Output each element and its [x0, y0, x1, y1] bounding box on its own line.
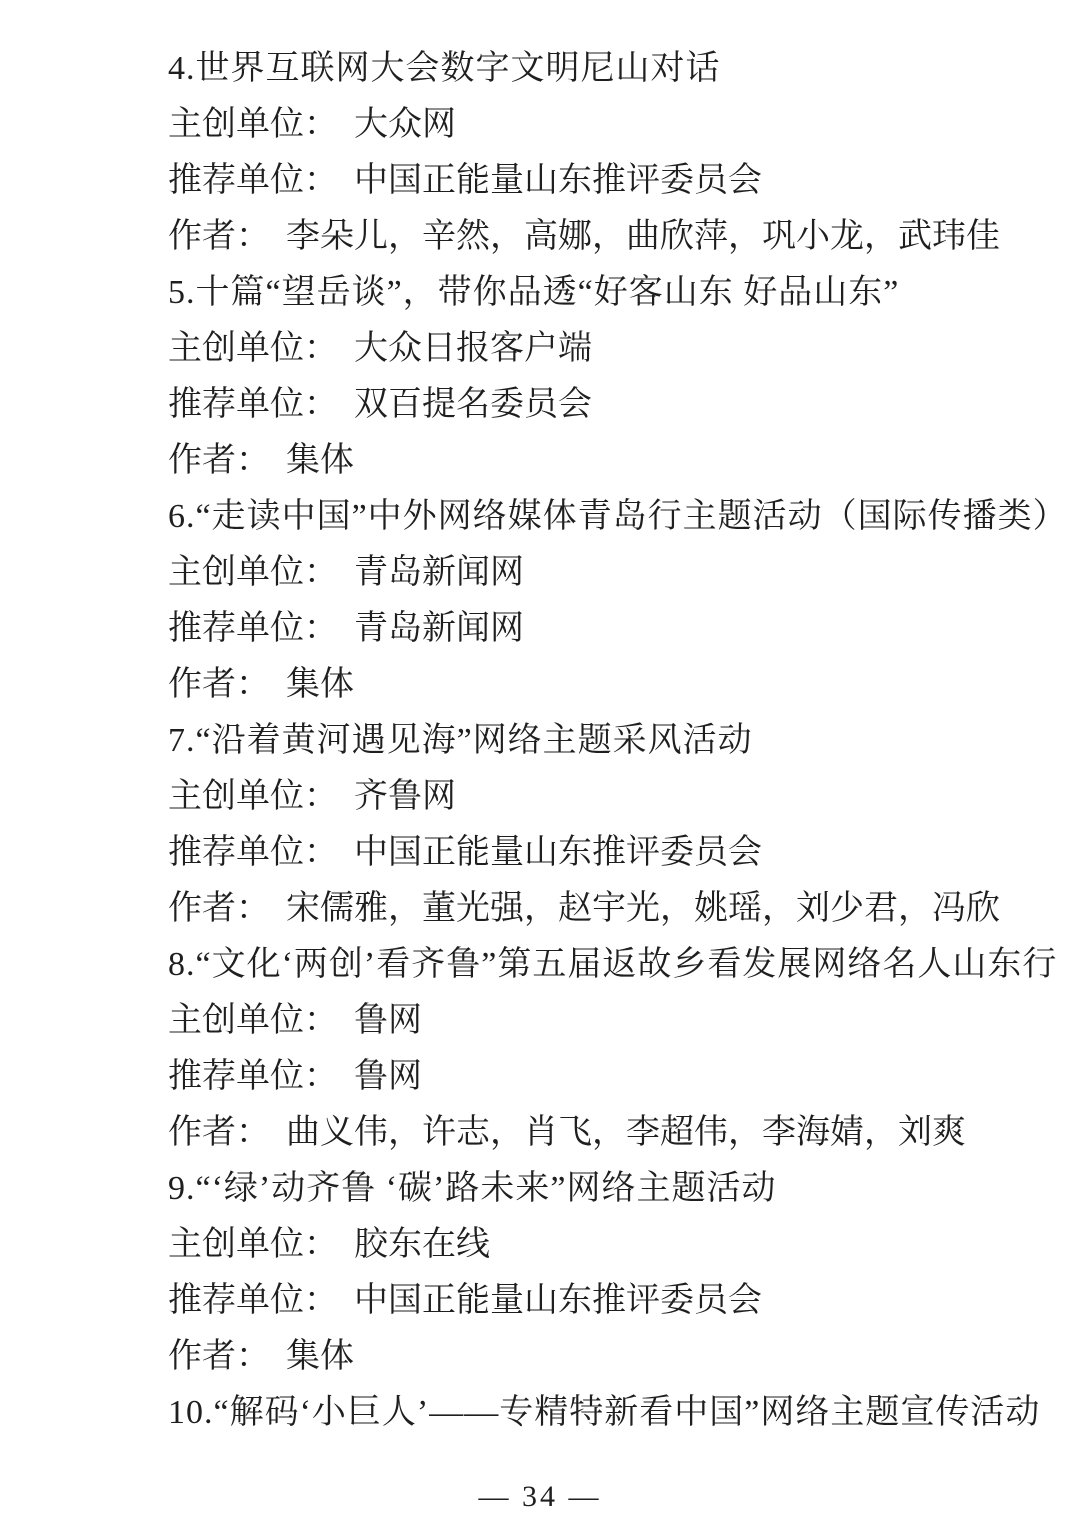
- entry-title: 6.“走读中国”中外网络媒体青岛行主题活动（国际传播类）: [168, 489, 1008, 545]
- field-value: 鲁网: [354, 1002, 422, 1039]
- entry-field: 作者：曲义伟，许志，肖飞，李超伟，李海婧，刘爽: [168, 1105, 1008, 1161]
- field-value: 胶东在线: [354, 1226, 490, 1263]
- field-label: 作者：: [168, 218, 270, 255]
- entry-field: 作者：集体: [168, 1329, 1008, 1385]
- entry-field: 作者：集体: [168, 433, 1008, 489]
- field-label: 主创单位：: [168, 330, 338, 367]
- document-body: 4.世界互联网大会数字文明尼山对话 主创单位：大众网 推荐单位：中国正能量山东推…: [168, 41, 1008, 1441]
- field-label: 作者：: [168, 890, 270, 927]
- field-label: 推荐单位：: [168, 610, 338, 647]
- field-value: 宋儒雅，董光强，赵宇光，姚瑶，刘少君，冯欣: [286, 890, 1000, 927]
- field-value: 齐鲁网: [354, 778, 456, 815]
- entry-title: 5.十篇“望岳谈”，带你品透“好客山东 好品山东”: [168, 265, 1008, 321]
- field-label: 推荐单位：: [168, 386, 338, 423]
- entry-10: 10.“解码‘小巨人’——专精特新看中国”网络主题宣传活动: [168, 1385, 1008, 1441]
- field-label: 作者：: [168, 442, 270, 479]
- entry-7: 7.“沿着黄河遇见海”网络主题采风活动 主创单位：齐鲁网 推荐单位：中国正能量山…: [168, 713, 1008, 937]
- field-label: 作者：: [168, 1338, 270, 1375]
- field-label: 推荐单位：: [168, 162, 338, 199]
- field-value: 青岛新闻网: [354, 610, 524, 647]
- field-label: 推荐单位：: [168, 1058, 338, 1095]
- entry-8: 8.“文化‘两创’看齐鲁”第五届返故乡看发展网络名人山东行 主创单位：鲁网 推荐…: [168, 937, 1008, 1161]
- field-value: 中国正能量山东推评委员会: [354, 834, 762, 871]
- field-label: 推荐单位：: [168, 1282, 338, 1319]
- entry-title: 8.“文化‘两创’看齐鲁”第五届返故乡看发展网络名人山东行: [168, 937, 1008, 993]
- entry-field: 作者：李朵儿，辛然，高娜，曲欣萍，巩小龙，武玮佳: [168, 209, 1008, 265]
- entry-field: 主创单位：青岛新闻网: [168, 545, 1008, 601]
- entry-field: 推荐单位：鲁网: [168, 1049, 1008, 1105]
- entry-field: 推荐单位：双百提名委员会: [168, 377, 1008, 433]
- entry-5: 5.十篇“望岳谈”，带你品透“好客山东 好品山东” 主创单位：大众日报客户端 推…: [168, 265, 1008, 489]
- field-label: 推荐单位：: [168, 834, 338, 871]
- entry-field: 主创单位：大众日报客户端: [168, 321, 1008, 377]
- field-value: 双百提名委员会: [354, 386, 592, 423]
- entry-field: 推荐单位：中国正能量山东推评委员会: [168, 153, 1008, 209]
- entry-title: 4.世界互联网大会数字文明尼山对话: [168, 41, 1008, 97]
- entry-title: 9.“‘绿’动齐鲁 ‘碳’路未来”网络主题活动: [168, 1161, 1008, 1217]
- field-value: 集体: [286, 666, 354, 703]
- field-value: 中国正能量山东推评委员会: [354, 162, 762, 199]
- field-value: 大众日报客户端: [354, 330, 592, 367]
- field-label: 主创单位：: [168, 778, 338, 815]
- entry-9: 9.“‘绿’动齐鲁 ‘碳’路未来”网络主题活动 主创单位：胶东在线 推荐单位：中…: [168, 1161, 1008, 1385]
- field-value: 曲义伟，许志，肖飞，李超伟，李海婧，刘爽: [286, 1114, 966, 1151]
- field-label: 作者：: [168, 1114, 270, 1151]
- entry-field: 推荐单位：中国正能量山东推评委员会: [168, 1273, 1008, 1329]
- field-label: 作者：: [168, 666, 270, 703]
- field-value: 鲁网: [354, 1058, 422, 1095]
- entry-field: 主创单位：齐鲁网: [168, 769, 1008, 825]
- entry-title: 7.“沿着黄河遇见海”网络主题采风活动: [168, 713, 1008, 769]
- entry-field: 推荐单位：中国正能量山东推评委员会: [168, 825, 1008, 881]
- entry-4: 4.世界互联网大会数字文明尼山对话 主创单位：大众网 推荐单位：中国正能量山东推…: [168, 41, 1008, 265]
- entry-field: 主创单位：胶东在线: [168, 1217, 1008, 1273]
- field-value: 李朵儿，辛然，高娜，曲欣萍，巩小龙，武玮佳: [286, 218, 1000, 255]
- field-label: 主创单位：: [168, 1002, 338, 1039]
- document-page: 4.世界互联网大会数字文明尼山对话 主创单位：大众网 推荐单位：中国正能量山东推…: [0, 0, 1080, 1536]
- field-value: 集体: [286, 1338, 354, 1375]
- entry-field: 作者：宋儒雅，董光强，赵宇光，姚瑶，刘少君，冯欣: [168, 881, 1008, 937]
- entry-title: 10.“解码‘小巨人’——专精特新看中国”网络主题宣传活动: [168, 1385, 1008, 1441]
- page-number: — 34 —: [0, 1480, 1080, 1514]
- entry-field: 作者：集体: [168, 657, 1008, 713]
- field-value: 青岛新闻网: [354, 554, 524, 591]
- field-value: 大众网: [354, 106, 456, 143]
- field-value: 集体: [286, 442, 354, 479]
- field-value: 中国正能量山东推评委员会: [354, 1282, 762, 1319]
- entry-field: 主创单位：鲁网: [168, 993, 1008, 1049]
- entry-field: 主创单位：大众网: [168, 97, 1008, 153]
- entry-6: 6.“走读中国”中外网络媒体青岛行主题活动（国际传播类） 主创单位：青岛新闻网 …: [168, 489, 1008, 713]
- field-label: 主创单位：: [168, 554, 338, 591]
- entry-field: 推荐单位：青岛新闻网: [168, 601, 1008, 657]
- field-label: 主创单位：: [168, 106, 338, 143]
- field-label: 主创单位：: [168, 1226, 338, 1263]
